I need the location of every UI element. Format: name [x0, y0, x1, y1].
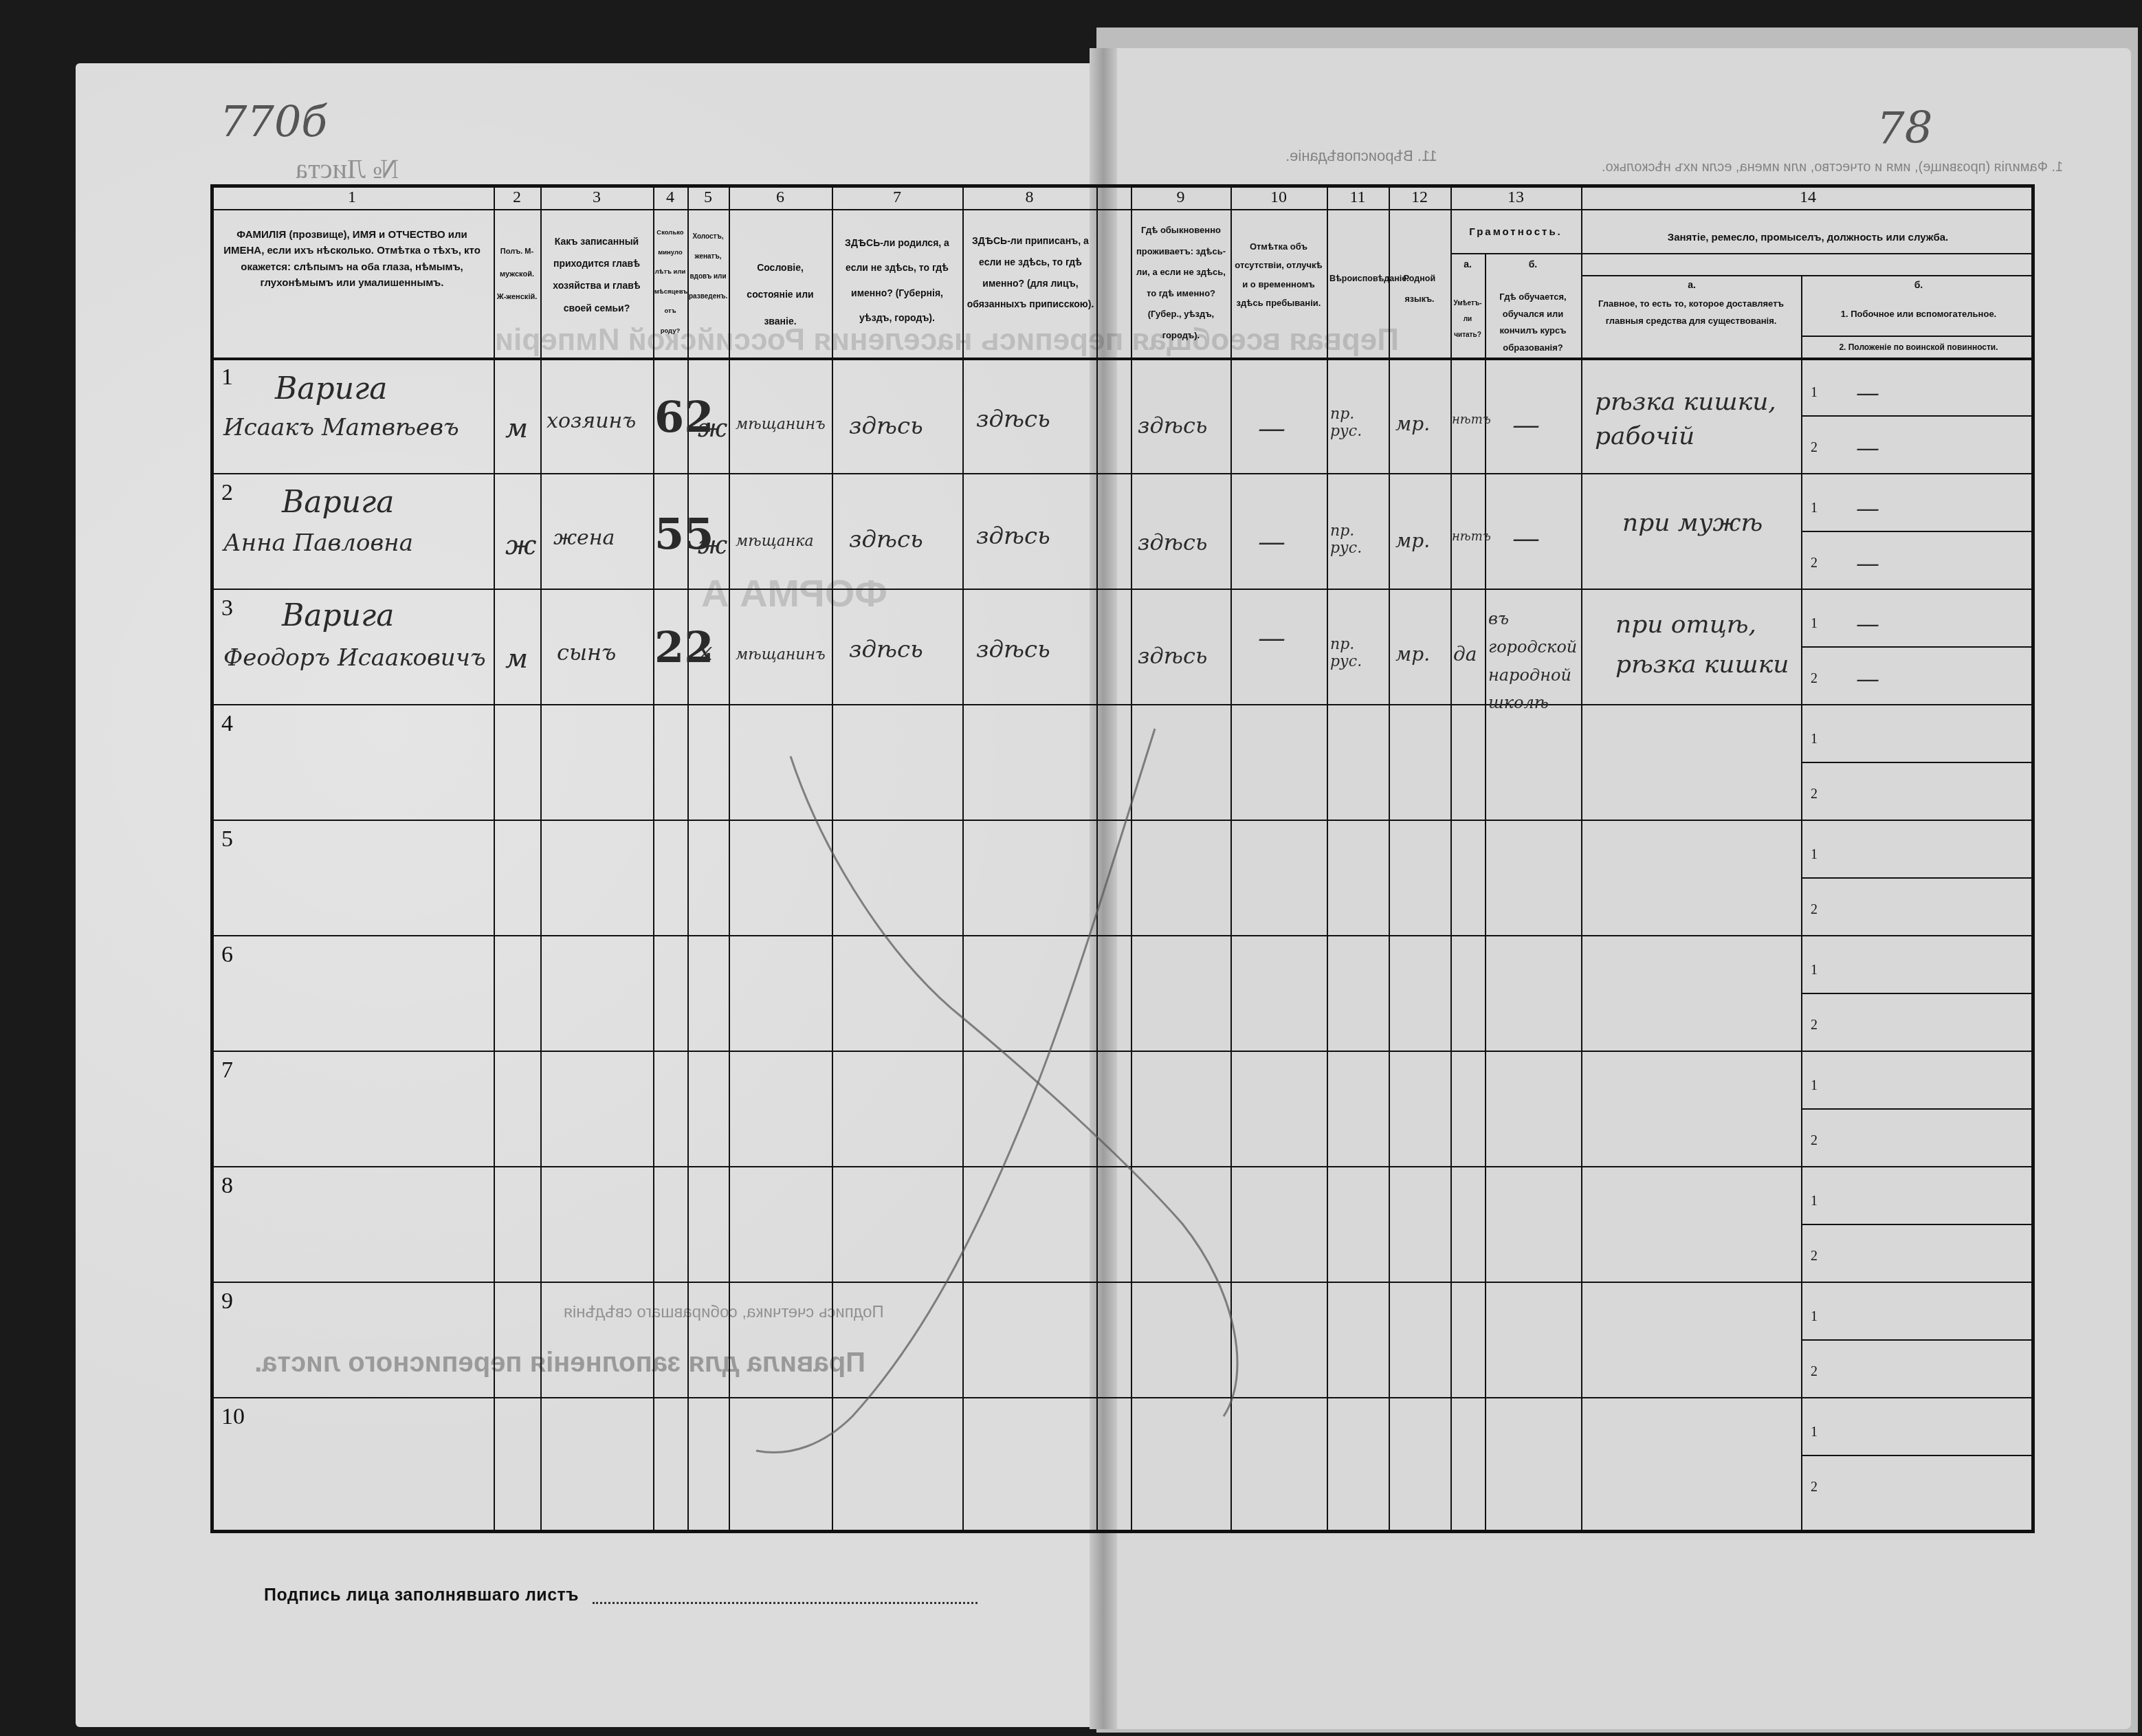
signature-line — [593, 1602, 978, 1604]
pencil-strike-mark — [0, 0, 2142, 1736]
signature-label: Подпись лица заполнявшаго листъ — [264, 1585, 579, 1605]
